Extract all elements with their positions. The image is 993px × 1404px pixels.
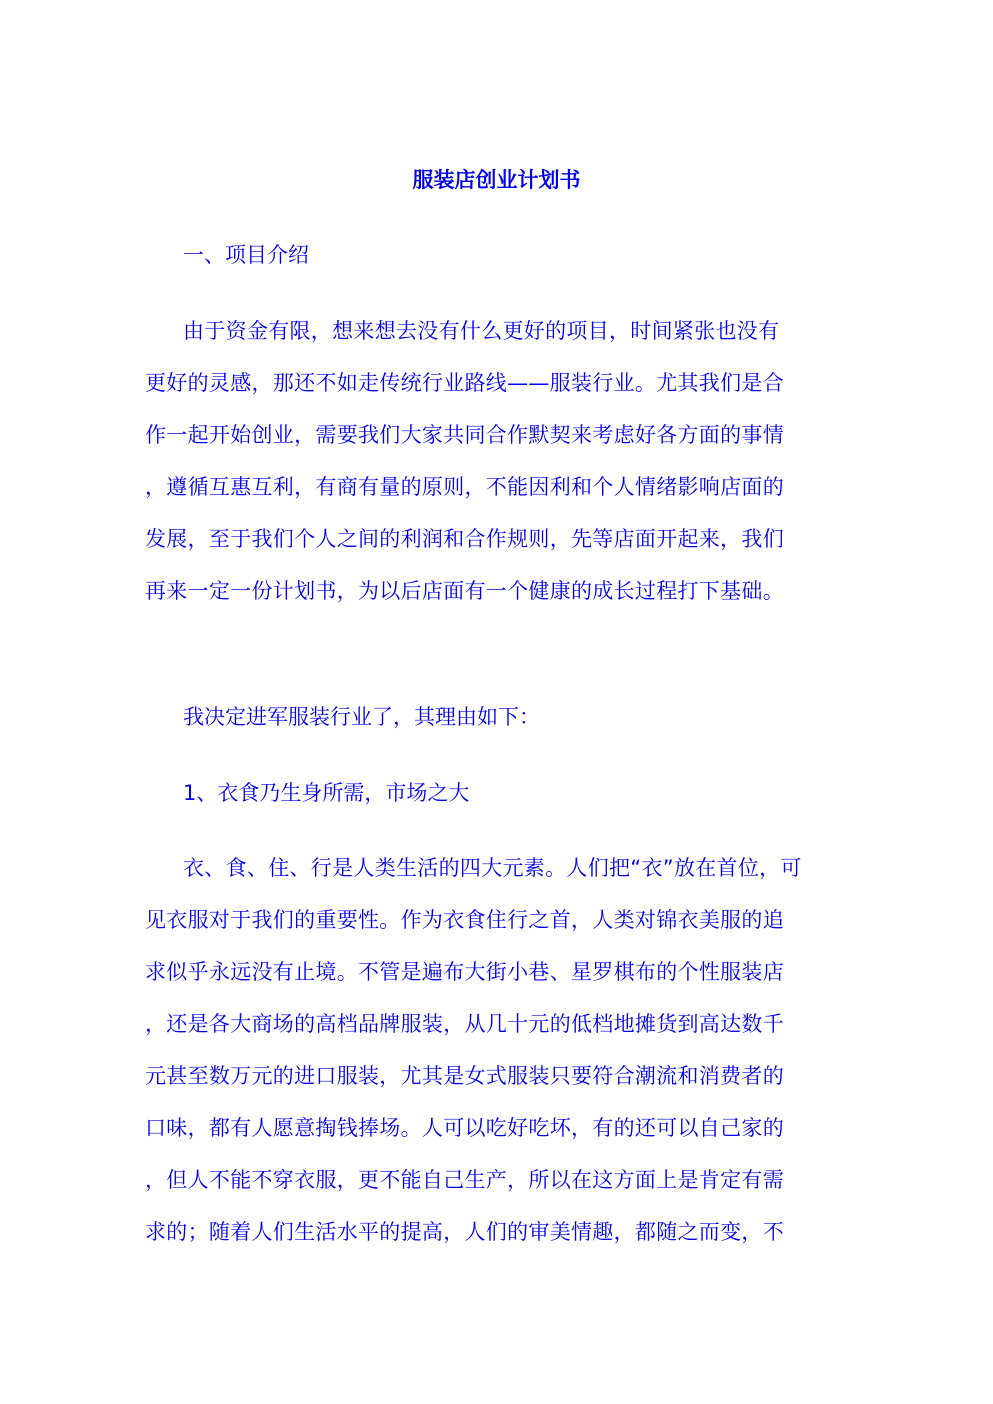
paragraph-line: 求似乎永远没有止境。不管是遍布大街小巷、星罗棋布的个性服装店	[145, 955, 845, 1007]
paragraph-line: 求的；随着人们生活水平的提高，人们的审美情趣，都随之而变，不	[145, 1215, 845, 1267]
decision-statement: 我决定进军服装行业了，其理由如下：	[183, 700, 540, 734]
paragraph-line: 发展，至于我们个人之间的利润和合作规则，先等店面开起来，我们	[145, 522, 845, 574]
paragraph-line: 元甚至数万元的进口服装，尤其是女式服装只要符合潮流和消费者的	[145, 1059, 845, 1111]
paragraph-reason-1: 衣、食、住、行是人类生活的四大元素。人们把“衣”放在首位，可 见衣服对于我们的重…	[145, 851, 845, 1267]
document-page: 服装店创业计划书 一、项目介绍 由于资金有限，想来想去没有什么更好的项目，时间紧…	[0, 0, 993, 1404]
document-title: 服装店创业计划书	[0, 163, 993, 197]
paragraph-line: 口味，都有人愿意掏钱捧场。人可以吃好吃坏，有的还可以自己家的	[145, 1111, 845, 1163]
paragraph-line: 再来一定一份计划书，为以后店面有一个健康的成长过程打下基础。	[145, 574, 845, 626]
paragraph-line: 更好的灵感，那还不如走传统行业路线——服装行业。尤其我们是合	[145, 366, 845, 418]
paragraph-line: ，还是各大商场的高档品牌服装，从几十元的低档地摊货到高达数千	[145, 1007, 845, 1059]
paragraph-line: 见衣服对于我们的重要性。作为衣食住行之首，人类对锦衣美服的追	[145, 903, 845, 955]
paragraph-line: ，但人不能不穿衣服，更不能自己生产，所以在这方面上是肯定有需	[145, 1163, 845, 1215]
paragraph-intro: 由于资金有限，想来想去没有什么更好的项目，时间紧张也没有 更好的灵感，那还不如走…	[145, 314, 845, 626]
paragraph-line: 衣、食、住、行是人类生活的四大元素。人们把“衣”放在首位，可	[145, 851, 845, 903]
reason-heading-1: 1、衣食乃生身所需，市场之大	[183, 776, 469, 810]
paragraph-line: 作一起开始创业，需要我们大家共同合作默契来考虑好各方面的事情	[145, 418, 845, 470]
section-heading-project-intro: 一、项目介绍	[183, 238, 309, 272]
paragraph-line: ，遵循互惠互利，有商有量的原则，不能因利和个人情绪影响店面的	[145, 470, 845, 522]
paragraph-line: 由于资金有限，想来想去没有什么更好的项目，时间紧张也没有	[145, 314, 845, 366]
